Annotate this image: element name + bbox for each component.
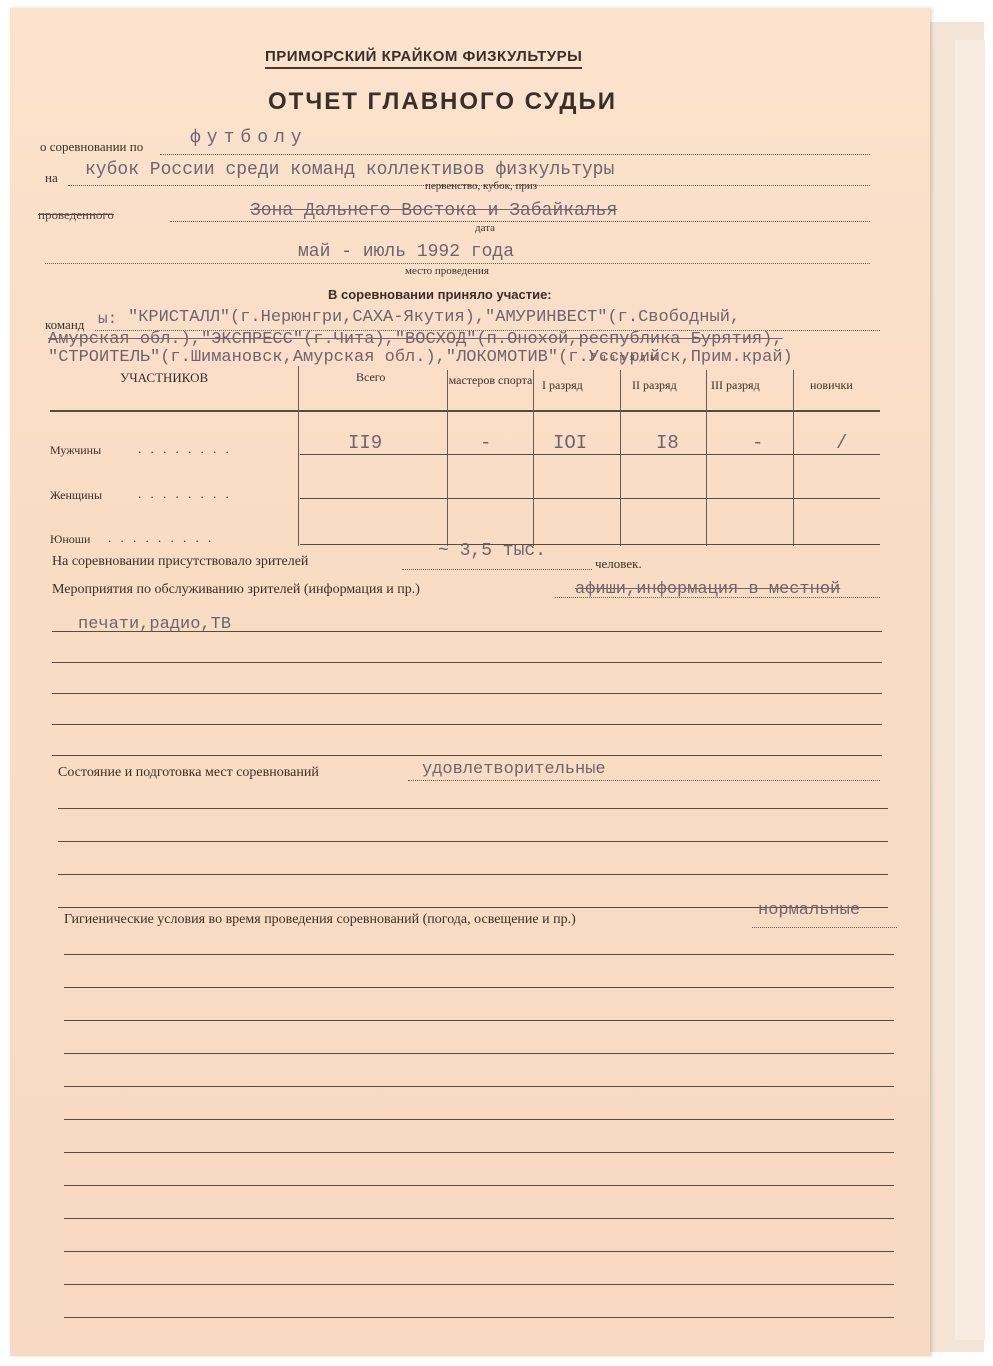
hygiene-label: Гигиенические условия во время проведени… <box>64 912 576 928</box>
blank-line <box>64 954 894 955</box>
table-col-divider <box>620 370 621 546</box>
men-rank2[interactable]: I8 <box>656 432 679 454</box>
table-col-divider <box>447 370 448 546</box>
blank-line <box>58 808 888 809</box>
spectators-label: На соревновании присутствовало зрителей <box>52 554 308 570</box>
teams-line-3[interactable]: "СТРОИТЕЛЬ"(г.Шимановск,Амурская обл.),"… <box>48 348 793 367</box>
razryad-header: Р а з р я д ы <box>590 351 658 363</box>
participation-heading: В соревновании приняло участие: <box>328 287 552 302</box>
blank-line <box>64 1185 894 1186</box>
held-label: проведенного <box>38 207 114 223</box>
blank-line <box>52 724 882 725</box>
blank-line <box>64 1119 894 1120</box>
row-dots-men: . . . . . . . . <box>138 441 232 457</box>
blank-line <box>52 662 882 663</box>
document-title: ОТЧЕТ ГЛАВНОГО СУДЬИ <box>268 88 617 116</box>
blank-line <box>64 1152 894 1153</box>
col-header-rank1: I разряд <box>542 378 583 393</box>
col-header-novices: новички <box>810 378 853 393</box>
col-header-participants: УЧАСТНИКОВ <box>120 370 208 386</box>
row-label-men: Мужчины <box>50 443 101 458</box>
spectators-line <box>402 569 592 570</box>
venues-line <box>408 780 880 781</box>
organization-header: ПРИМОРСКИЙ КРАЙКОМ ФИЗКУЛЬТУРЫ <box>265 48 582 69</box>
blank-line <box>58 874 888 875</box>
table-col-divider <box>533 370 534 546</box>
date-value[interactable]: май - июль 1992 года <box>298 242 514 262</box>
men-rank1[interactable]: IOI <box>553 432 587 454</box>
teams-line-1[interactable]: "КРИСТАЛЛ"(г.Нерюнгри,САХА-Якутия),"АМУР… <box>128 308 740 327</box>
men-novices[interactable]: / <box>836 432 847 454</box>
row-line-youth <box>300 544 880 545</box>
venues-value[interactable]: удовлетворительные <box>422 760 606 779</box>
men-rank3[interactable]: - <box>752 432 763 454</box>
sport-value[interactable]: футболу <box>190 128 308 148</box>
services-value-line1[interactable]: афиши,информация в местной <box>575 580 840 599</box>
blank-line <box>52 755 882 756</box>
spectators-suffix: человек. <box>595 556 642 572</box>
place-caption: место проведения <box>405 265 489 277</box>
underlying-sheet-edge <box>955 40 985 1340</box>
row-dots-youth: . . . . . . . . . <box>108 530 214 546</box>
event-label: на <box>45 170 58 186</box>
date-line <box>45 263 870 264</box>
col-header-rank2: II разряд <box>632 378 677 393</box>
blank-line <box>58 841 888 842</box>
blank-line <box>52 693 882 694</box>
hygiene-line <box>752 927 897 928</box>
blank-line <box>64 1053 894 1054</box>
report-form-page: ПРИМОРСКИЙ КРАЙКОМ ФИЗКУЛЬТУРЫ ОТЧЕТ ГЛА… <box>10 8 930 1356</box>
sport-line <box>160 154 870 155</box>
table-col-divider <box>706 370 707 546</box>
date-caption: дата <box>475 222 495 234</box>
blank-line <box>64 1251 894 1252</box>
teams-line-2[interactable]: Амурская обл.),"ЭКСПРЕСС"(г.Чита),"ВОСХО… <box>48 330 783 349</box>
blank-line <box>64 1218 894 1219</box>
sport-label: о соревновании по <box>40 139 143 155</box>
held-value[interactable]: Зона Дальнего Востока и Забайкалья <box>250 201 617 221</box>
venues-label: Состояние и подготовка мест соревнований <box>58 765 319 781</box>
event-caption: первенство, кубок, приз <box>425 180 537 192</box>
blank-line <box>64 1317 894 1318</box>
row-line-women <box>300 498 880 499</box>
table-col-divider <box>298 366 299 546</box>
services-value-line2[interactable]: печати,радио,ТВ <box>78 615 231 634</box>
row-label-women: Женщины <box>50 488 102 503</box>
blank-line <box>64 1020 894 1021</box>
men-total[interactable]: II9 <box>348 432 382 454</box>
row-line-men <box>300 454 880 455</box>
men-masters[interactable]: - <box>480 432 491 454</box>
teams-prefix: ы: <box>98 310 117 328</box>
blank-line <box>64 1284 894 1285</box>
col-header-rank3: III разряд <box>711 378 760 393</box>
blank-line <box>64 1086 894 1087</box>
blank-line <box>64 987 894 988</box>
table-header-rule <box>50 410 880 412</box>
table-col-divider <box>793 370 794 546</box>
services-label: Мероприятия по обслуживанию зрителей (ин… <box>52 582 420 598</box>
held-line <box>170 221 870 222</box>
event-value[interactable]: кубок России среди команд коллективов фи… <box>85 160 614 180</box>
row-label-youth: Юноши <box>50 532 90 547</box>
hygiene-value[interactable]: нормальные <box>758 901 860 920</box>
col-header-masters: мастеров спорта <box>448 374 533 387</box>
col-header-total: Всего <box>356 370 385 385</box>
spectators-value[interactable]: ~ 3,5 тыс. <box>438 541 546 561</box>
row-dots-women: . . . . . . . . <box>138 486 232 502</box>
